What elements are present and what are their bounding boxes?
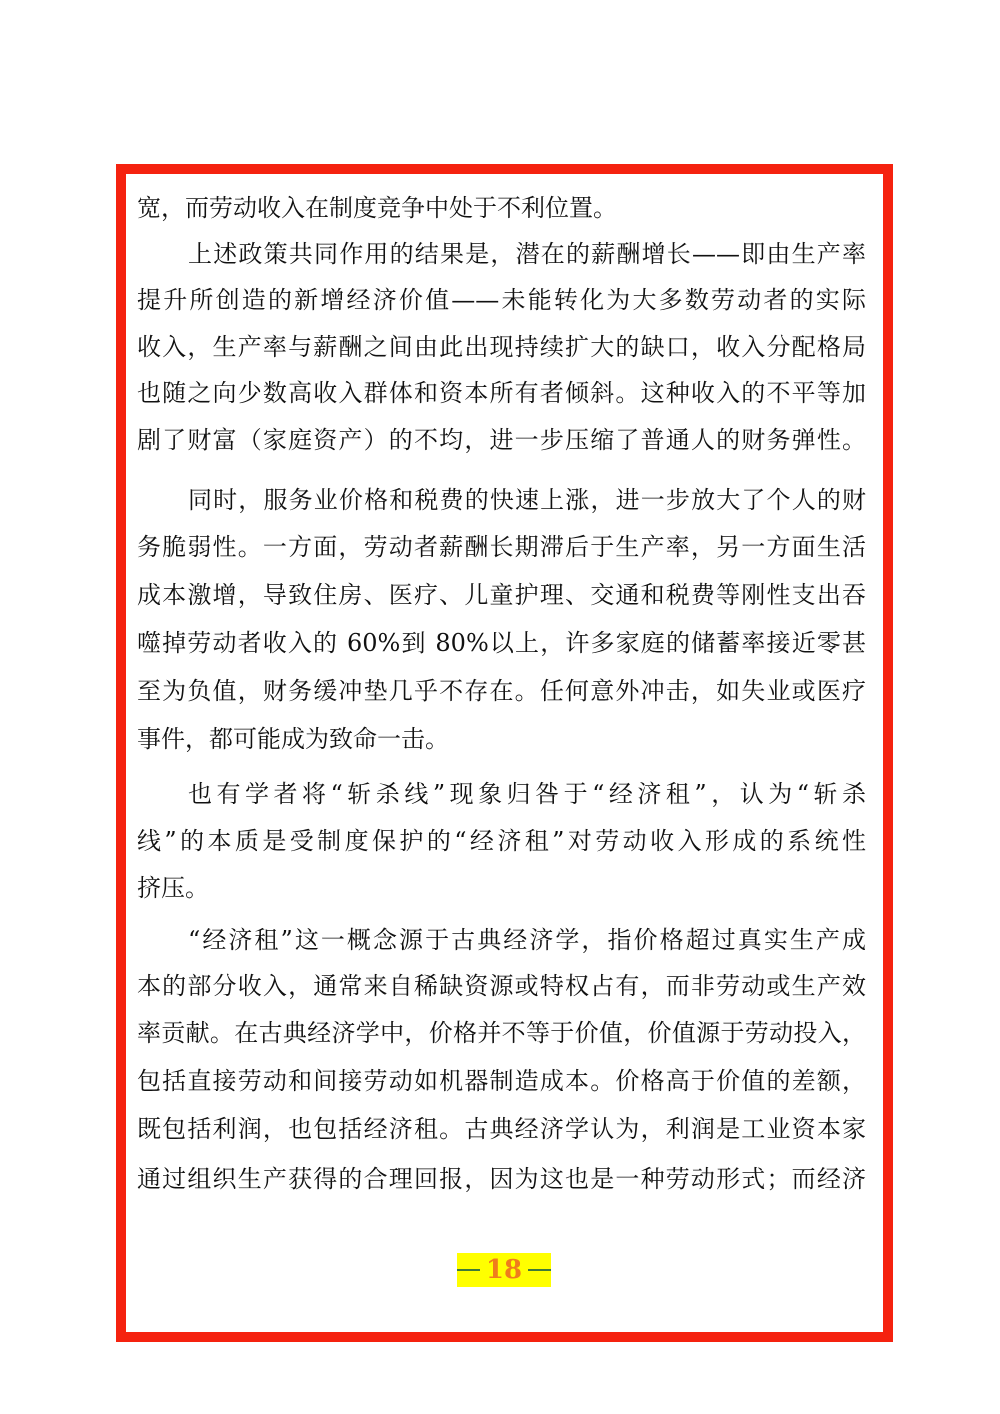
page-number: 18 — [486, 1253, 522, 1287]
text-line: 事件，都可能成为致命一击。 — [137, 724, 866, 754]
text-line: 率贡献。在古典经济学中，价格并不等于价值，价值源于劳动投入， — [137, 1018, 866, 1048]
text-line: 本的部分收入，通常来自稀缺资源或特权占有，而非劳动或生产效 — [137, 971, 866, 1001]
text-line: 至为负值，财务缓冲垫几乎不存在。任何意外冲击，如失业或医疗 — [137, 676, 866, 706]
text-line: 也随之向少数高收入群体和资本所有者倾斜。这种收入的不平等加 — [137, 378, 866, 408]
text-line: 既包括利润，也包括经济租。古典经济学认为，利润是工业资本家 — [137, 1114, 866, 1144]
text-line: 线”的本质是受制度保护的“经济租”对劳动收入形成的系统性 — [137, 826, 866, 856]
text-line: 也有学者将“斩杀线”现象归咎于“经济租”，认为“斩杀 — [188, 779, 866, 809]
text-line: 剧了财富（家庭资产）的不均，进一步压缩了普通人的财务弹性。 — [137, 425, 866, 455]
text-line: 包括直接劳动和间接劳动如机器制造成本。价格高于价值的差额， — [137, 1066, 866, 1096]
text-line: 噬掉劳动者收入的 60%到 80%以上，许多家庭的储蓄率接近零甚 — [137, 628, 866, 658]
right-dash-decoration — [528, 1269, 551, 1271]
text-line: 宽，而劳动收入在制度竞争中处于不利位置。 — [137, 193, 866, 223]
text-line: “经济租”这一概念源于古典经济学，指价格超过真实生产成 — [188, 925, 866, 955]
text-line: 提升所创造的新增经济价值——未能转化为大多数劳动者的实际 — [137, 285, 866, 315]
text-line: 上述政策共同作用的结果是，潜在的薪酬增长——即由生产率 — [188, 239, 866, 269]
left-dash-decoration — [457, 1269, 480, 1271]
text-line: 收入，生产率与薪酬之间由此出现持续扩大的缺口，收入分配格局 — [137, 332, 866, 362]
text-line: 成本激增，导致住房、医疗、儿童护理、交通和税费等刚性支出吞 — [137, 580, 866, 610]
page-number-badge: 18 — [457, 1253, 551, 1287]
text-line: 务脆弱性。一方面，劳动者薪酬长期滞后于生产率，另一方面生活 — [137, 532, 866, 562]
text-line: 通过组织生产获得的合理回报，因为这也是一种劳动形式；而经济 — [137, 1164, 866, 1194]
text-line: 挤压。 — [137, 873, 866, 903]
text-line: 同时，服务业价格和税费的快速上涨，进一步放大了个人的财 — [188, 485, 866, 515]
